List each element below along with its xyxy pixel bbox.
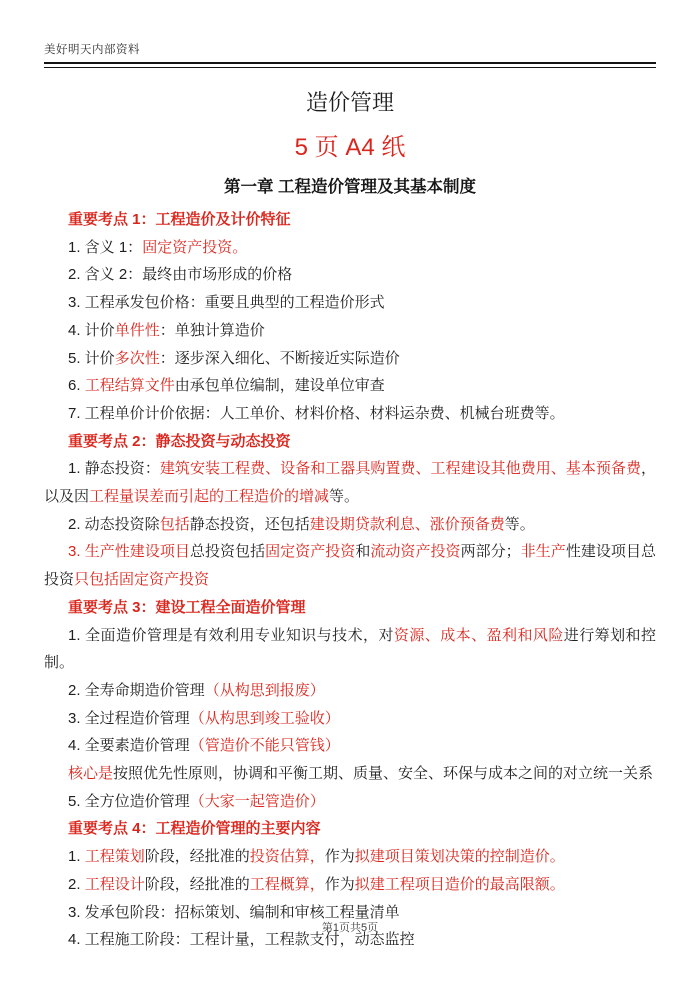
- text-run: 5. 全方位造价管理: [68, 793, 190, 810]
- page-subtitle: 5 页 A4 纸: [44, 132, 656, 164]
- paragraph: 5. 计价多次性：逐步深入细化、不断接近实际造价: [44, 345, 656, 373]
- text-run: 按照优先性原则，协调和平衡工期、质量、安全、环保与成本之间的对立统一关系: [113, 765, 653, 782]
- paragraph: 2. 动态投资除包括静态投资，还包括建设期贷款利息、涨价预备费等。: [44, 511, 656, 539]
- text-run: 4. 全要素造价管理: [68, 737, 190, 754]
- text-run: 两部分；: [461, 543, 521, 560]
- text-run: 工程概算，: [250, 876, 325, 893]
- text-run: 核心是: [68, 765, 113, 782]
- text-run: （管造价不能只管钱）: [190, 737, 340, 754]
- text-run: 等。: [329, 488, 359, 505]
- text-run: ：单独计算造价: [160, 322, 265, 339]
- text-run: 投资估算，: [250, 848, 325, 865]
- paragraph: 2. 含义 2：最终由市场形成的价格: [44, 261, 656, 289]
- text-run: 作为: [325, 876, 355, 893]
- text-run: 7. 工程单价计价依据：人工单价、材料价格、材料运杂费、机械台班费等。: [68, 405, 565, 422]
- text-run: 5. 计价: [68, 350, 115, 367]
- text-run: 资源、成本、盈利和风险: [394, 627, 564, 644]
- text-run: 2.: [68, 876, 85, 893]
- paragraph: 3. 工程承发包价格：重要且典型的工程造价形式: [44, 289, 656, 317]
- text-run: 工程结算文件: [85, 377, 175, 394]
- paragraph: 3. 全过程造价管理（从构思到竣工验收）: [44, 705, 656, 733]
- paragraph: 5. 全方位造价管理（大家一起管造价）: [44, 788, 656, 816]
- text-run: 3. 生产性建设项目: [68, 543, 190, 560]
- text-run: ：逐步深入细化、不断接近实际造价: [160, 350, 400, 367]
- paragraph: 2. 工程设计阶段，经批准的工程概算，作为拟建工程项目造价的最高限额。: [44, 871, 656, 899]
- text-run: 工程设计: [85, 876, 145, 893]
- text-run: 包括: [160, 516, 190, 533]
- text-run: 只包括固定资产投资: [74, 571, 209, 588]
- section-heading: 重要考点 3：建设工程全面造价管理: [44, 594, 656, 622]
- text-run: 非生产: [521, 543, 566, 560]
- text-run: 4. 计价: [68, 322, 115, 339]
- text-run: 建筑安装工程费、设备和工器具购置费、工程建设其他费用、基本预备费: [160, 460, 641, 477]
- text-run: 2. 动态投资除: [68, 516, 160, 533]
- chapter-heading: 第一章 工程造价管理及其基本制度: [44, 176, 656, 198]
- text-run: 静态投资，还包括: [190, 516, 310, 533]
- text-run: 建设期贷款利息、涨价预备费: [310, 516, 505, 533]
- paragraph: 4. 计价单件性：单独计算造价: [44, 317, 656, 345]
- text-run: 阶段，经批准的: [145, 848, 250, 865]
- document-page: 美好明天内部资料 造价管理 5 页 A4 纸 第一章 工程造价管理及其基本制度 …: [0, 0, 700, 954]
- text-run: 流动资产投资: [370, 543, 460, 560]
- section-heading: 重要考点 4：工程造价管理的主要内容: [44, 815, 656, 843]
- text-run: 1. 含义 1：: [68, 239, 142, 256]
- text-run: 1. 全面造价管理是有效利用专业知识与技术，对: [68, 627, 394, 644]
- text-run: 作为: [325, 848, 355, 865]
- text-run: 单件性: [115, 322, 160, 339]
- text-run: 工程策划: [85, 848, 145, 865]
- text-run: 拟建工程项目造价的最高限额。: [355, 876, 565, 893]
- text-run: 2. 全寿命期造价管理: [68, 682, 205, 699]
- text-run: 工程量误差而引起的工程造价的增减: [89, 488, 329, 505]
- text-run: 和: [355, 543, 370, 560]
- page-title: 造价管理: [44, 88, 656, 118]
- paragraph: 3. 生产性建设项目总投资包括固定资产投资和流动资产投资两部分；非生产性建设项目…: [44, 538, 656, 593]
- text-run: （从构思到报废）: [205, 682, 325, 699]
- text-run: 固定资产投资。: [142, 239, 247, 256]
- paragraph: 1. 全面造价管理是有效利用专业知识与技术，对资源、成本、盈利和风险进行筹划和控…: [44, 622, 656, 677]
- page-footer: 第1页共5页: [0, 919, 700, 935]
- text-run: 3. 全过程造价管理: [68, 710, 190, 727]
- header-divider: [44, 62, 656, 68]
- paragraph: 4. 全要素造价管理（管造价不能只管钱）: [44, 732, 656, 760]
- text-run: 等。: [505, 516, 535, 533]
- text-run: 多次性: [115, 350, 160, 367]
- text-run: 1. 静态投资：: [68, 460, 160, 477]
- document-header: 美好明天内部资料: [44, 0, 656, 68]
- section-heading: 重要考点 2：静态投资与动态投资: [44, 428, 656, 456]
- text-run: 由承包单位编制，建设单位审查: [175, 377, 385, 394]
- paragraph: 1. 含义 1：固定资产投资。: [44, 234, 656, 262]
- text-run: （大家一起管造价）: [190, 793, 325, 810]
- text-run: 拟建项目策划决策的控制造价。: [355, 848, 565, 865]
- paragraph: 1. 工程策划阶段，经批准的投资估算，作为拟建项目策划决策的控制造价。: [44, 843, 656, 871]
- text-run: 6.: [68, 377, 85, 394]
- text-run: 总投资包括: [190, 543, 265, 560]
- text-run: 3. 工程承发包价格：重要且典型的工程造价形式: [68, 294, 385, 311]
- section-heading: 重要考点 1：工程造价及计价特征: [44, 206, 656, 234]
- document-body: 重要考点 1：工程造价及计价特征1. 含义 1：固定资产投资。2. 含义 2：最…: [44, 206, 656, 954]
- text-run: 阶段，经批准的: [145, 876, 250, 893]
- header-text: 美好明天内部资料: [44, 44, 656, 57]
- text-run: 固定资产投资: [265, 543, 355, 560]
- paragraph: 7. 工程单价计价依据：人工单价、材料价格、材料运杂费、机械台班费等。: [44, 400, 656, 428]
- paragraph: 6. 工程结算文件由承包单位编制，建设单位审查: [44, 372, 656, 400]
- text-run: （从构思到竣工验收）: [190, 710, 340, 727]
- paragraph: 2. 全寿命期造价管理（从构思到报废）: [44, 677, 656, 705]
- text-run: 1.: [68, 848, 85, 865]
- text-run: 2. 含义 2：最终由市场形成的价格: [68, 266, 292, 283]
- paragraph: 核心是按照优先性原则，协调和平衡工期、质量、安全、环保与成本之间的对立统一关系: [44, 760, 656, 788]
- paragraph: 1. 静态投资：建筑安装工程费、设备和工器具购置费、工程建设其他费用、基本预备费…: [44, 455, 656, 510]
